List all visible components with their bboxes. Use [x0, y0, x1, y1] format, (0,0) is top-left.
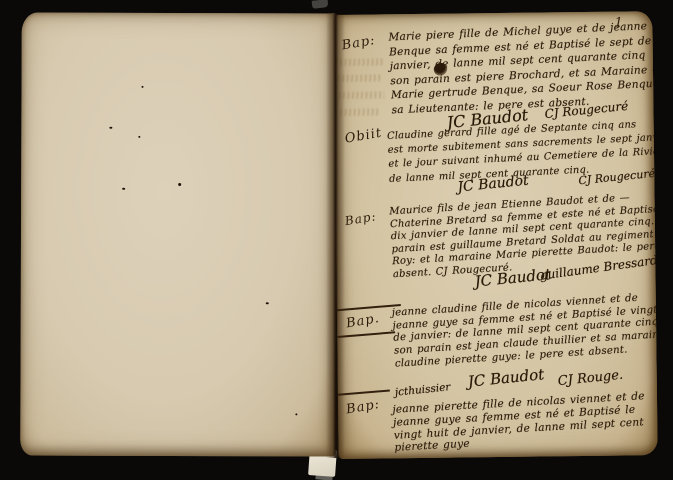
- paper-speck: [109, 127, 112, 129]
- bleed-through-mark: [334, 91, 384, 99]
- entry-margin-label: Bap:: [345, 397, 381, 418]
- paper-speck: [178, 183, 181, 186]
- entry-margin-label: Obiit: [344, 126, 384, 147]
- bleed-through-mark: [340, 108, 378, 115]
- entry-text: jeanne pierette fille de nicolas viennet…: [392, 390, 656, 455]
- entry-margin-label: Bap:: [341, 33, 377, 54]
- binding-clip: [312, 0, 329, 9]
- right-page: 1 Bap: Marie piere fille de Michel guye …: [333, 11, 657, 459]
- paper-speck: [138, 136, 140, 138]
- paper-speck: [122, 188, 125, 190]
- bleed-through-mark: [336, 58, 384, 66]
- margin-rule: [338, 390, 390, 396]
- left-page-blank: [20, 12, 337, 456]
- bleed-through-mark: [338, 74, 382, 82]
- signature: jcthuissier: [394, 381, 451, 398]
- entry-text: jeanne claudine fille de nicolas viennet…: [391, 292, 656, 371]
- margin-rule: [337, 331, 395, 337]
- entry-margin-label: Bap.: [345, 311, 381, 331]
- paper-speck: [266, 302, 269, 304]
- entry-margin-label: Bap:: [344, 209, 378, 228]
- paper-speck: [142, 86, 144, 88]
- book-scan: 1 Bap: Marie piere fille de Michel guye …: [0, 0, 673, 480]
- signature: JC Baudot: [467, 365, 545, 391]
- signature: CJ Rouge.: [557, 368, 624, 389]
- paper-speck: [295, 413, 297, 415]
